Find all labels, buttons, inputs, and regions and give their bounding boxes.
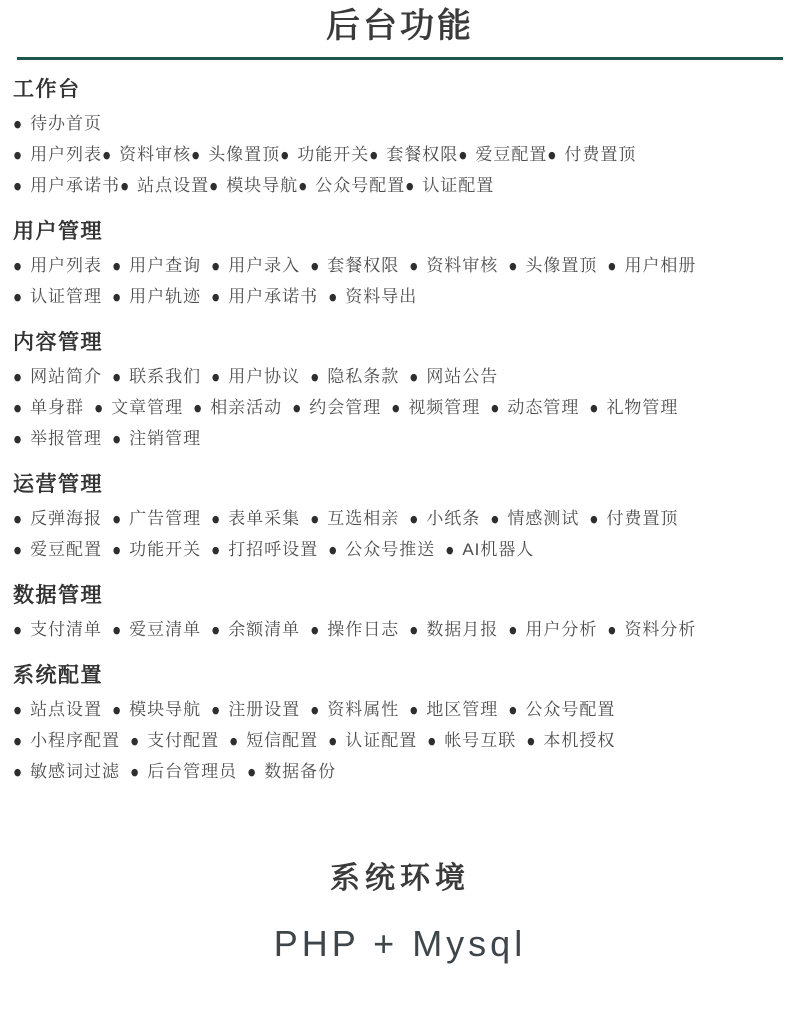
feature-item: ●付费置顶 [589, 509, 678, 528]
feature-item: ●支付配置 [130, 731, 219, 750]
feature-label: 套餐权限 [386, 145, 458, 164]
feature-label: 注销管理 [129, 429, 201, 448]
feature-item: ●后台管理员 [130, 762, 237, 781]
feature-item: ●用户协议 [211, 367, 300, 386]
feature-item: ●用户轨迹 [112, 287, 201, 306]
feature-line: ●待办首页 [13, 109, 787, 140]
feature-item: ●相亲活动 [193, 398, 282, 417]
feature-item: ●用户查询 [112, 256, 201, 275]
system-environment-value: PHP + Mysql [13, 922, 787, 966]
feature-label: 待办首页 [30, 114, 102, 133]
title-divider [17, 57, 783, 60]
feature-label: 公众号配置 [525, 700, 615, 719]
system-environment-block: 系统环境 PHP + Mysql [13, 860, 787, 966]
bullet-icon: ● [209, 169, 219, 204]
feature-label: 网站公告 [426, 367, 498, 386]
feature-label: 视频管理 [408, 398, 480, 417]
feature-item: ●模块导航 [209, 176, 298, 195]
feature-label: 注册设置 [228, 700, 300, 719]
feature-label: 互选相亲 [327, 509, 399, 528]
bullet-icon: ● [328, 724, 338, 759]
bullet-icon: ● [292, 391, 302, 426]
page: 后台功能 工作台●待办首页●用户列表●资料审核●头像置顶●功能开关●套餐权限●爱… [0, 0, 800, 1012]
feature-label: 资料导出 [345, 287, 417, 306]
feature-label: 小程序配置 [30, 731, 120, 750]
feature-label: 支付清单 [30, 620, 102, 639]
feature-label: 爱豆清单 [129, 620, 201, 639]
feature-label: 隐私条款 [327, 367, 399, 386]
bullet-icon: ● [211, 360, 221, 395]
feature-label: 头像置顶 [525, 256, 597, 275]
feature-item: ●注册设置 [211, 700, 300, 719]
feature-item: ●头像置顶 [191, 145, 280, 164]
feature-label: 用户承诺书 [228, 287, 318, 306]
feature-item: ●礼物管理 [589, 398, 678, 417]
feature-label: 用户列表 [30, 256, 102, 275]
section-heading: 工作台 [13, 76, 787, 104]
feature-label: 后台管理员 [147, 762, 237, 781]
feature-item: ●小程序配置 [13, 731, 120, 750]
feature-label: 资料审核 [119, 145, 191, 164]
feature-label: 用户查询 [129, 256, 201, 275]
feature-item: ●爱豆配置 [458, 145, 547, 164]
feature-item: ●待办首页 [13, 114, 102, 133]
feature-item: ●资料分析 [607, 620, 696, 639]
bullet-icon: ● [112, 422, 122, 457]
feature-label: 模块导航 [226, 176, 298, 195]
feature-item: ●头像置顶 [508, 256, 597, 275]
feature-label: 认证配置 [345, 731, 417, 750]
system-environment-title: 系统环境 [13, 860, 787, 898]
bullet-icon: ● [191, 138, 201, 173]
bullet-icon: ● [13, 533, 23, 568]
bullet-icon: ● [229, 724, 239, 759]
feature-item: ●举报管理 [13, 429, 102, 448]
bullet-icon: ● [409, 502, 419, 537]
feature-label: 相亲活动 [210, 398, 282, 417]
bullet-icon: ● [310, 360, 320, 395]
feature-label: 余额清单 [228, 620, 300, 639]
feature-item: ●站点设置 [120, 176, 209, 195]
feature-item: ●隐私条款 [310, 367, 399, 386]
feature-item: ●功能开关 [112, 540, 201, 559]
feature-item: ●地区管理 [409, 700, 498, 719]
feature-item: ●反弹海报 [13, 509, 102, 528]
page-title: 后台功能 [13, 0, 787, 46]
feature-line: ●小程序配置●支付配置●短信配置●认证配置●帐号互联●本机授权 [13, 726, 787, 757]
feature-line: ●认证管理●用户轨迹●用户承诺书●资料导出 [13, 282, 787, 313]
feature-item: ●打招呼设置 [211, 540, 318, 559]
bullet-icon: ● [526, 724, 536, 759]
bullet-icon: ● [193, 391, 203, 426]
bullet-icon: ● [409, 613, 419, 648]
feature-item: ●用户列表 [13, 145, 102, 164]
section-1: 用户管理●用户列表●用户查询●用户录入●套餐权限●资料审核●头像置顶●用户相册●… [13, 218, 787, 313]
section-heading: 系统配置 [13, 662, 787, 690]
bullet-icon: ● [508, 613, 518, 648]
feature-line: ●举报管理●注销管理 [13, 424, 787, 455]
feature-line: ●用户列表●用户查询●用户录入●套餐权限●资料审核●头像置顶●用户相册 [13, 251, 787, 282]
bullet-icon: ● [310, 613, 320, 648]
feature-label: 公众号配置 [315, 176, 405, 195]
bullet-icon: ● [13, 422, 23, 457]
feature-label: 认证管理 [30, 287, 102, 306]
bullet-icon: ● [310, 249, 320, 284]
bullet-icon: ● [547, 138, 557, 173]
feature-item: ●网站简介 [13, 367, 102, 386]
feature-line: ●用户列表●资料审核●头像置顶●功能开关●套餐权限●爱豆配置●付费置顶 [13, 140, 787, 171]
bullet-icon: ● [112, 280, 122, 315]
feature-label: 地区管理 [426, 700, 498, 719]
section-heading: 用户管理 [13, 218, 787, 246]
bullet-icon: ● [298, 169, 308, 204]
bullet-icon: ● [328, 280, 338, 315]
feature-label: 功能开关 [297, 145, 369, 164]
bullet-icon: ● [409, 360, 419, 395]
feature-label: 用户轨迹 [129, 287, 201, 306]
bullet-icon: ● [94, 391, 104, 426]
feature-label: AI机器人 [462, 540, 534, 559]
feature-item: ●爱豆配置 [13, 540, 102, 559]
feature-item: ●网站公告 [409, 367, 498, 386]
feature-item: ●认证配置 [405, 176, 494, 195]
feature-label: 约会管理 [309, 398, 381, 417]
feature-item: ●功能开关 [280, 145, 369, 164]
feature-item: ●公众号配置 [508, 700, 615, 719]
section-5: 系统配置●站点设置●模块导航●注册设置●资料属性●地区管理●公众号配置●小程序配… [13, 662, 787, 788]
feature-item: ●注销管理 [112, 429, 201, 448]
feature-line: ●用户承诺书●站点设置●模块导航●公众号配置●认证配置 [13, 171, 787, 202]
feature-item: ●数据备份 [247, 762, 336, 781]
section-heading: 数据管理 [13, 582, 787, 610]
bullet-icon: ● [589, 391, 599, 426]
feature-item: ●用户录入 [211, 256, 300, 275]
feature-label: 付费置顶 [606, 509, 678, 528]
bullet-icon: ● [211, 613, 221, 648]
feature-item: ●认证管理 [13, 287, 102, 306]
bullet-icon: ● [310, 693, 320, 728]
feature-item: ●套餐权限 [369, 145, 458, 164]
bullet-icon: ● [445, 533, 455, 568]
bullet-icon: ● [13, 755, 23, 790]
bullet-icon: ● [112, 533, 122, 568]
feature-label: 认证配置 [422, 176, 494, 195]
feature-item: ●用户承诺书 [211, 287, 318, 306]
bullet-icon: ● [409, 693, 419, 728]
feature-label: 打招呼设置 [228, 540, 318, 559]
feature-item: ●资料属性 [310, 700, 399, 719]
bullet-icon: ● [211, 693, 221, 728]
bullet-icon: ● [102, 138, 112, 173]
feature-label: 爱豆配置 [30, 540, 102, 559]
bullet-icon: ● [13, 280, 23, 315]
bullet-icon: ● [607, 613, 617, 648]
feature-item: ●认证配置 [328, 731, 417, 750]
feature-item: ●帐号互联 [427, 731, 516, 750]
feature-label: 资料分析 [624, 620, 696, 639]
feature-item: ●资料导出 [328, 287, 417, 306]
feature-item: ●用户相册 [607, 256, 696, 275]
bullet-icon: ● [405, 169, 415, 204]
feature-label: 表单采集 [228, 509, 300, 528]
feature-item: ●情感测试 [490, 509, 579, 528]
bullet-icon: ● [458, 138, 468, 173]
feature-label: 广告管理 [129, 509, 201, 528]
feature-label: 付费置顶 [564, 145, 636, 164]
feature-item: ●联系我们 [112, 367, 201, 386]
feature-item: ●资料审核 [409, 256, 498, 275]
feature-label: 小纸条 [426, 509, 480, 528]
feature-item: ●短信配置 [229, 731, 318, 750]
feature-label: 用户列表 [30, 145, 102, 164]
feature-item: ●动态管理 [490, 398, 579, 417]
feature-label: 动态管理 [507, 398, 579, 417]
feature-label: 网站简介 [30, 367, 102, 386]
feature-label: 数据备份 [264, 762, 336, 781]
feature-label: 反弹海报 [30, 509, 102, 528]
feature-label: 用户相册 [624, 256, 696, 275]
bullet-icon: ● [490, 502, 500, 537]
feature-item: ●文章管理 [94, 398, 183, 417]
bullet-icon: ● [310, 502, 320, 537]
bullet-icon: ● [120, 169, 130, 204]
bullet-icon: ● [369, 138, 379, 173]
bullet-icon: ● [490, 391, 500, 426]
feature-item: ●本机授权 [526, 731, 615, 750]
section-4: 数据管理●支付清单●爱豆清单●余额清单●操作日志●数据月报●用户分析●资料分析 [13, 582, 787, 646]
bullet-icon: ● [112, 360, 122, 395]
feature-label: 用户协议 [228, 367, 300, 386]
feature-item: ●单身群 [13, 398, 84, 417]
feature-item: ●表单采集 [211, 509, 300, 528]
feature-item: ●公众号配置 [298, 176, 405, 195]
bullet-icon: ● [508, 249, 518, 284]
feature-sections: 工作台●待办首页●用户列表●资料审核●头像置顶●功能开关●套餐权限●爱豆配置●付… [13, 76, 787, 788]
bullet-icon: ● [391, 391, 401, 426]
feature-label: 用户录入 [228, 256, 300, 275]
feature-line: ●敏感词过滤●后台管理员●数据备份 [13, 757, 787, 788]
feature-label: 爱豆配置 [475, 145, 547, 164]
bullet-icon: ● [130, 755, 140, 790]
feature-label: 资料属性 [327, 700, 399, 719]
feature-item: ●AI机器人 [445, 540, 534, 559]
feature-item: ●余额清单 [211, 620, 300, 639]
feature-label: 礼物管理 [606, 398, 678, 417]
feature-line: ●爱豆配置●功能开关●打招呼设置●公众号推送●AI机器人 [13, 535, 787, 566]
bullet-icon: ● [211, 533, 221, 568]
feature-label: 站点设置 [30, 700, 102, 719]
bullet-icon: ● [280, 138, 290, 173]
feature-item: ●广告管理 [112, 509, 201, 528]
feature-line: ●反弹海报●广告管理●表单采集●互选相亲●小纸条●情感测试●付费置顶 [13, 504, 787, 535]
feature-label: 帐号互联 [444, 731, 516, 750]
section-heading: 内容管理 [13, 329, 787, 357]
feature-item: ●操作日志 [310, 620, 399, 639]
feature-line: ●单身群●文章管理●相亲活动●约会管理●视频管理●动态管理●礼物管理 [13, 393, 787, 424]
bullet-icon: ● [328, 533, 338, 568]
feature-label: 操作日志 [327, 620, 399, 639]
feature-item: ●视频管理 [391, 398, 480, 417]
feature-label: 敏感词过滤 [30, 762, 120, 781]
feature-label: 套餐权限 [327, 256, 399, 275]
feature-item: ●约会管理 [292, 398, 381, 417]
feature-item: ●敏感词过滤 [13, 762, 120, 781]
feature-label: 支付配置 [147, 731, 219, 750]
bullet-icon: ● [607, 249, 617, 284]
feature-item: ●用户分析 [508, 620, 597, 639]
feature-label: 本机授权 [543, 731, 615, 750]
feature-label: 举报管理 [30, 429, 102, 448]
feature-label: 短信配置 [246, 731, 318, 750]
section-heading: 运营管理 [13, 471, 787, 499]
feature-item: ●付费置顶 [547, 145, 636, 164]
bullet-icon: ● [13, 613, 23, 648]
feature-item: ●模块导航 [112, 700, 201, 719]
feature-label: 情感测试 [507, 509, 579, 528]
bullet-icon: ● [508, 693, 518, 728]
feature-item: ●站点设置 [13, 700, 102, 719]
feature-item: ●爱豆清单 [112, 620, 201, 639]
feature-label: 数据月报 [426, 620, 498, 639]
bullet-icon: ● [112, 693, 122, 728]
feature-item: ●公众号推送 [328, 540, 435, 559]
feature-item: ●小纸条 [409, 509, 480, 528]
bullet-icon: ● [211, 280, 221, 315]
feature-item: ●套餐权限 [310, 256, 399, 275]
feature-item: ●用户承诺书 [13, 176, 120, 195]
feature-line: ●站点设置●模块导航●注册设置●资料属性●地区管理●公众号配置 [13, 695, 787, 726]
bullet-icon: ● [247, 755, 257, 790]
section-3: 运营管理●反弹海报●广告管理●表单采集●互选相亲●小纸条●情感测试●付费置顶●爱… [13, 471, 787, 566]
feature-label: 资料审核 [426, 256, 498, 275]
feature-item: ●支付清单 [13, 620, 102, 639]
feature-item: ●互选相亲 [310, 509, 399, 528]
feature-label: 模块导航 [129, 700, 201, 719]
bullet-icon: ● [427, 724, 437, 759]
bullet-icon: ● [13, 169, 23, 204]
feature-line: ●支付清单●爱豆清单●余额清单●操作日志●数据月报●用户分析●资料分析 [13, 615, 787, 646]
feature-label: 功能开关 [129, 540, 201, 559]
feature-item: ●数据月报 [409, 620, 498, 639]
feature-label: 联系我们 [129, 367, 201, 386]
section-0: 工作台●待办首页●用户列表●资料审核●头像置顶●功能开关●套餐权限●爱豆配置●付… [13, 76, 787, 202]
feature-item: ●用户列表 [13, 256, 102, 275]
bullet-icon: ● [589, 502, 599, 537]
feature-label: 文章管理 [111, 398, 183, 417]
feature-label: 用户承诺书 [30, 176, 120, 195]
feature-label: 头像置顶 [208, 145, 280, 164]
bullet-icon: ● [112, 613, 122, 648]
section-2: 内容管理●网站简介●联系我们●用户协议●隐私条款●网站公告●单身群●文章管理●相… [13, 329, 787, 455]
feature-label: 用户分析 [525, 620, 597, 639]
bullet-icon: ● [409, 249, 419, 284]
feature-item: ●资料审核 [102, 145, 191, 164]
feature-line: ●网站简介●联系我们●用户协议●隐私条款●网站公告 [13, 362, 787, 393]
feature-label: 公众号推送 [345, 540, 435, 559]
feature-label: 单身群 [30, 398, 84, 417]
feature-label: 站点设置 [137, 176, 209, 195]
